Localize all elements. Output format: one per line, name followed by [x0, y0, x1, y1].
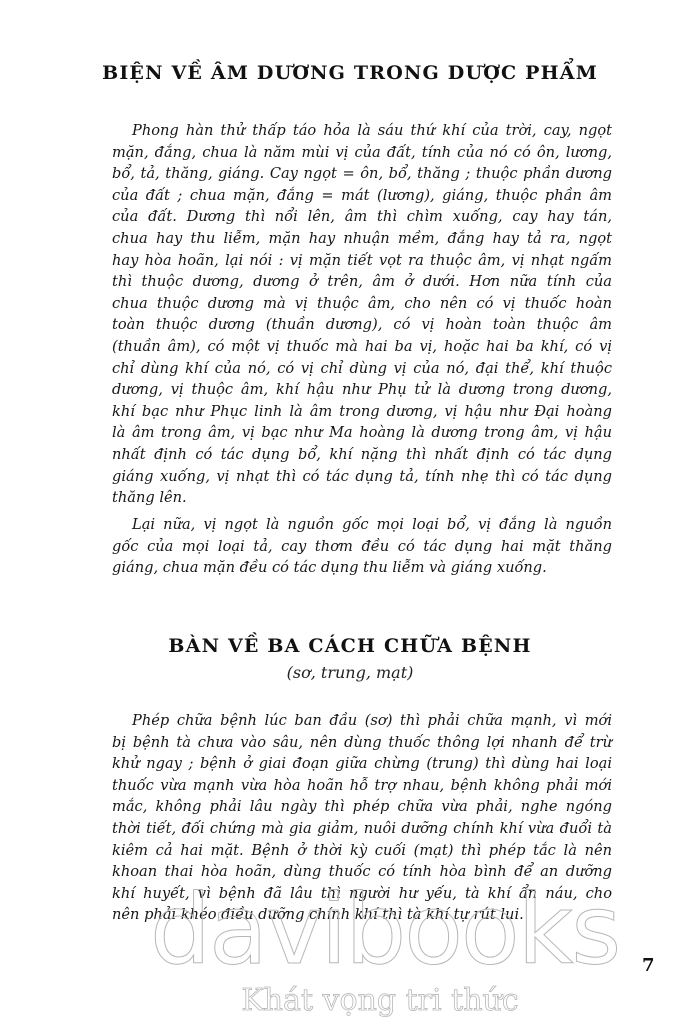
- paragraph-am-duong-2: Lại nữa, vị ngọt là nguồn gốc mọi loại b…: [112, 514, 612, 579]
- text-line: mắc, không phải lâu ngày thì phép chữa v…: [112, 796, 612, 818]
- paragraph-am-duong-1: Phong hàn thử thấp táo hỏa là sáu thứ kh…: [112, 120, 612, 509]
- text-line: thăng lên.: [112, 487, 612, 509]
- text-line: Phong hàn thử thấp táo hỏa là sáu thứ kh…: [112, 120, 612, 142]
- section-title-am-duong: BIỆN VỀ ÂM DƯƠNG TRONG DƯỢC PHẨM: [0, 62, 700, 84]
- text-line: nhất định có tác dụng bổ, khí nặng thì n…: [112, 444, 612, 466]
- text-line: thời tiết, đối chứng mà gia giảm, nuôi d…: [112, 818, 612, 840]
- text-line: bổ, tả, thăng, giáng. Cay ngọt = ôn, bổ,…: [112, 163, 612, 185]
- text-line: nên phải khéo điều dưỡng chính khí thì t…: [112, 904, 612, 926]
- page-number: 7: [642, 955, 655, 976]
- text-line: giáng xuống, vị nhạt thì có tác dụng tả,…: [112, 466, 612, 488]
- text-line: thuốc vừa mạnh vừa hòa hoãn hỗ trợ nhau,…: [112, 775, 612, 797]
- text-line: kiêm cả hai mặt. Bệnh ở thời kỳ cuối (mạ…: [112, 840, 612, 862]
- text-line: giáng, chua mặn đều có tác dụng thu liễm…: [112, 557, 612, 579]
- text-line: của đất ; chua mặn, đắng = mát (lương), …: [112, 185, 612, 207]
- paragraph-ba-cach: Phép chữa bệnh lúc ban đầu (sơ) thì phải…: [112, 710, 612, 926]
- text-line: Phép chữa bệnh lúc ban đầu (sơ) thì phải…: [112, 710, 612, 732]
- text-line: dương, vị thuộc âm, khí hậu như Phụ tử l…: [112, 379, 612, 401]
- text-line: khí bạc như Phục linh là âm trong dương,…: [112, 401, 612, 423]
- text-line: khí huyết, vì bệnh đã lâu thì người hư y…: [112, 883, 612, 905]
- text-line: toàn thuộc dương (thuần dương), có vị ho…: [112, 314, 612, 336]
- text-line: chỉ dùng khí của nó, có vị chỉ dùng vị c…: [112, 358, 612, 380]
- watermark-tagline: Khát vọng tri thức: [200, 983, 560, 1018]
- text-line: bị bệnh tà chưa vào sâu, nên dùng thuốc …: [112, 732, 612, 754]
- section-subtitle: (sơ, trung, mạt): [0, 663, 700, 682]
- text-line: chua hay thu liễm, mặn hay nhuận mềm, đắ…: [112, 228, 612, 250]
- text-line: chua thuộc dương mà vị thuộc âm, cho nên…: [112, 293, 612, 315]
- text-line: khoan thai hòa hoãn, dùng thuốc có tính …: [112, 861, 612, 883]
- text-line: thì thuộc dương, dương ở trên, âm ở dưới…: [112, 271, 612, 293]
- text-line: (thuần âm), có một vị thuốc mà hai ba vị…: [112, 336, 612, 358]
- text-line: là âm trong âm, vị bạc như Ma hoàng là d…: [112, 422, 612, 444]
- section-title-ba-cach: BÀN VỀ BA CÁCH CHỮA BỆNH: [0, 635, 700, 657]
- book-page: BIỆN VỀ ÂM DƯƠNG TRONG DƯỢC PHẨM Phong h…: [0, 0, 700, 1024]
- text-line: khử ngay ; bệnh ở giai đoạn giữa chừng (…: [112, 753, 612, 775]
- text-line: Lại nữa, vị ngọt là nguồn gốc mọi loại b…: [112, 514, 612, 536]
- text-line: của đất. Dương thì nổi lên, âm thì chìm …: [112, 206, 612, 228]
- text-line: mặn, đắng, chua là năm mùi vị của đất, t…: [112, 142, 612, 164]
- text-line: hay hòa hoãn, lại nói : vị mặn tiết vọt …: [112, 250, 612, 272]
- text-line: gốc của mọi loại tả, cay thơm đều có tác…: [112, 536, 612, 558]
